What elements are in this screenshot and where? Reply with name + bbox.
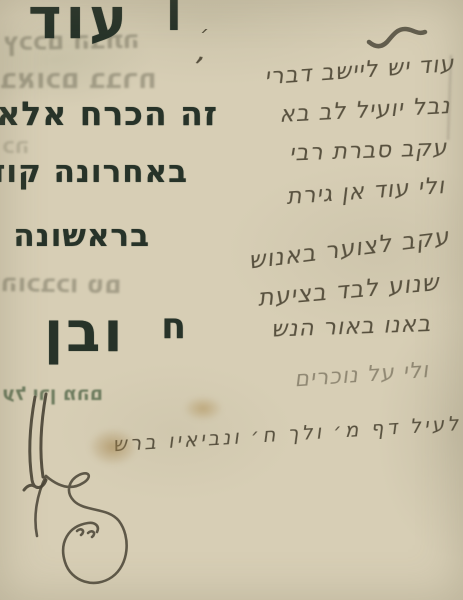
- printed-line: בראשונה אל: [0, 221, 150, 252]
- bleedthrough-line: באוכם בברח: [0, 66, 157, 93]
- marginal-note-line: לעיל דף מ׳ ולך ח׳ ונביאיו ברש: [112, 413, 462, 454]
- ink-stain: [183, 396, 223, 421]
- printed-section-letter: ח: [161, 309, 186, 345]
- squiggle-flourish-icon: [366, 20, 430, 52]
- printed-line: באחרונה קוד: [0, 157, 188, 188]
- bleedthrough-line: והוכבכו טם: [0, 270, 122, 297]
- marginal-note-line: ולי עוד אן גירת: [286, 175, 446, 209]
- ink-stain: [88, 428, 138, 466]
- marginal-note-line: עקב סברת רבי: [288, 137, 447, 166]
- marginal-note-line: עוד יש ליישב דברי: [264, 53, 456, 89]
- printed-heading: עוד: [28, 0, 131, 48]
- marginal-note-line: ולי על נוכרים: [293, 360, 429, 391]
- printed-catchword: ובן: [44, 305, 126, 361]
- marginal-note-line: נבל יועיל לב בא: [279, 95, 452, 127]
- manuscript-page: ץככם הבתה באוכם בברח כה והוכבכו טם על יר…: [0, 0, 463, 600]
- marginal-note-line: באנו באור הנש: [270, 313, 431, 342]
- marginal-note-line: עקב לצוער באנוש: [247, 224, 451, 272]
- marginal-note-line: שנוע לבד בציעת: [256, 270, 440, 310]
- reference-comma-mark: ,: [195, 36, 212, 68]
- signature-doodle: [28, 468, 173, 596]
- printed-letter-fragment: ן: [166, 0, 182, 26]
- printed-line: זה הכרח אלא ה: [0, 97, 218, 130]
